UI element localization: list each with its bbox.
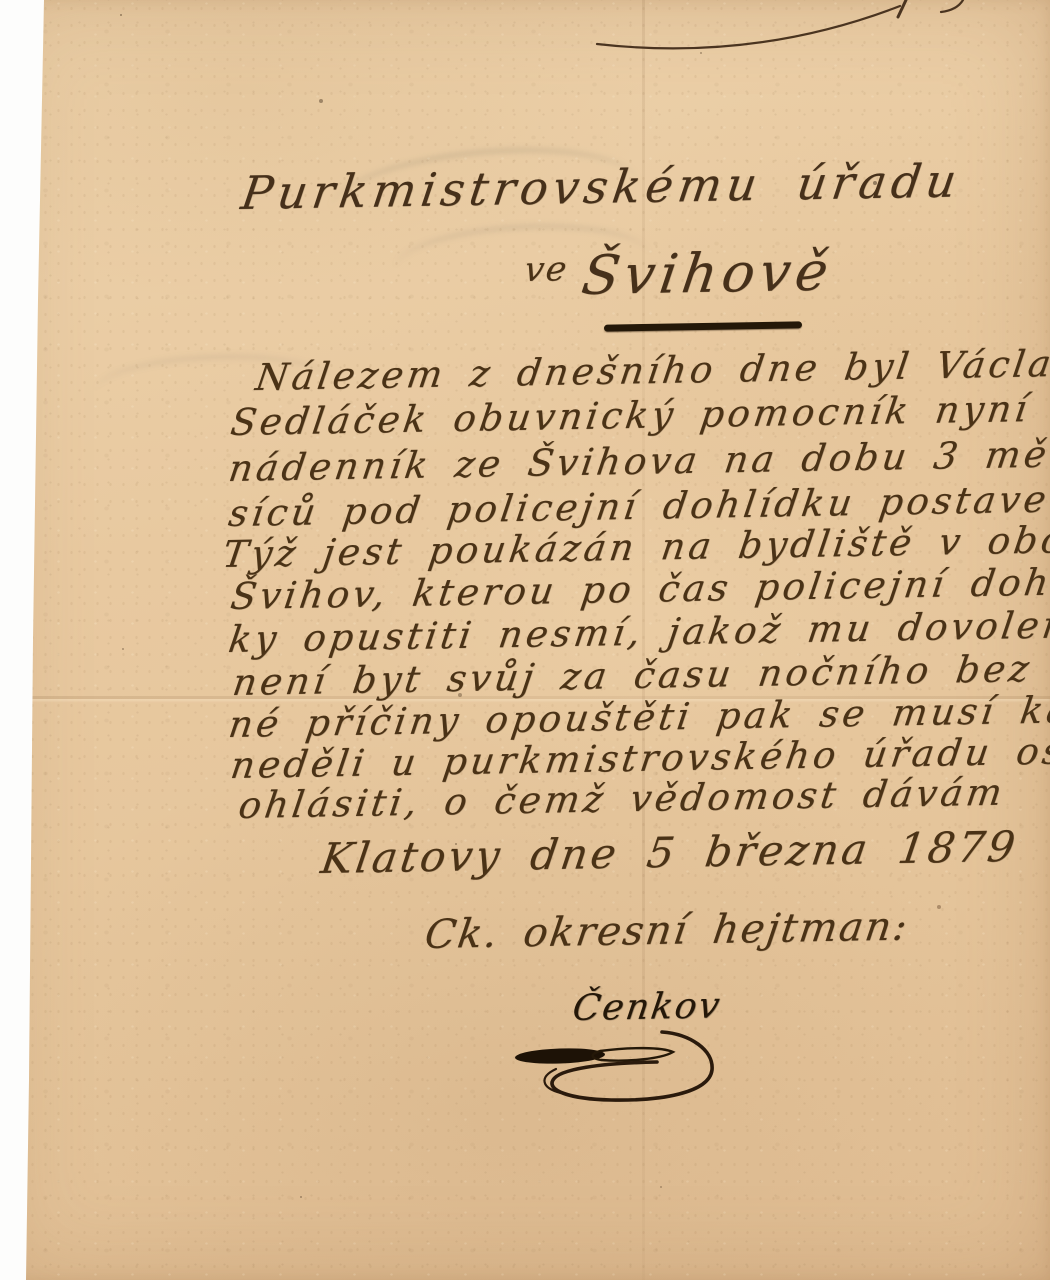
- signoff-title: Ck. okresní hejtman:: [422, 904, 912, 958]
- paper-specks: [0, 0, 2, 2]
- heading-preposition: ve: [522, 249, 571, 290]
- signature-name: Čenkov: [570, 985, 724, 1029]
- paper-sheet: Purkmistrovskému úřadu ve Švihově Náleze…: [0, 0, 1050, 1280]
- scanned-document: Purkmistrovskému úřadu ve Švihově Náleze…: [0, 0, 1050, 1280]
- heading-place-name: Švihově: [578, 240, 837, 307]
